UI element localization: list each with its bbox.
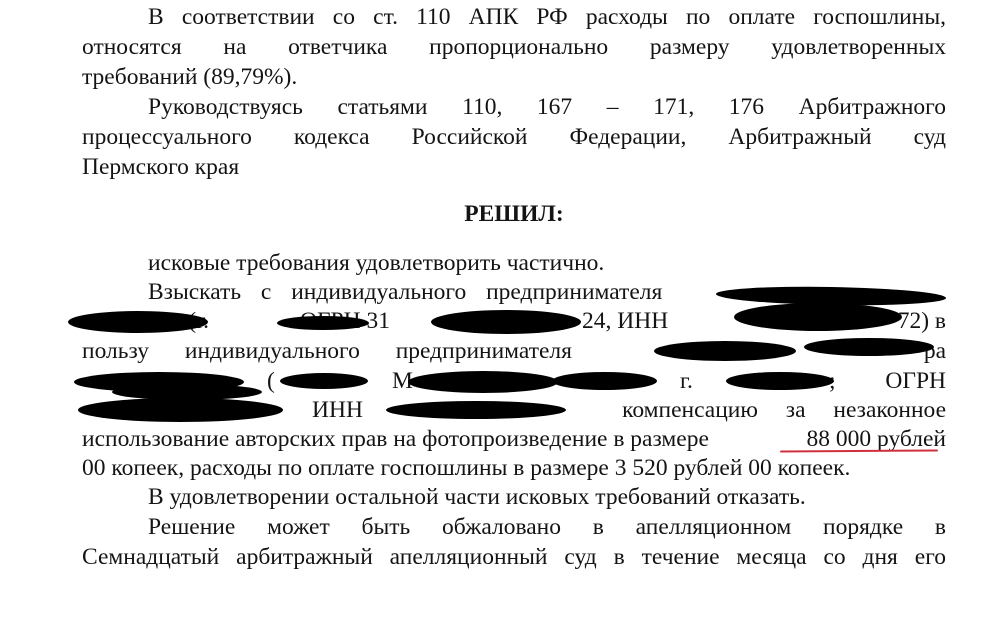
redaction-mark xyxy=(431,310,581,334)
redaction-mark xyxy=(804,338,934,356)
redaction-mark xyxy=(386,401,566,419)
text-line: Пермского края xyxy=(82,152,946,182)
redaction-mark xyxy=(552,372,657,390)
text-line: процессуального кодекса Российской Федер… xyxy=(82,122,946,152)
redaction-mark xyxy=(277,316,369,330)
text-line: Руководствуясь статьями 110, 167 – 171, … xyxy=(82,92,946,122)
text-line: 00 копеек, расходы по оплате госпошлины … xyxy=(82,453,946,483)
text-line: В соответствии со ст. 110 АПК РФ расходы… xyxy=(82,2,946,32)
text-line: Семнадцатый арбитражный апелляционный су… xyxy=(82,542,946,572)
redaction-mark xyxy=(68,311,208,333)
redaction-mark xyxy=(654,341,796,361)
text-line: исковые требования удовлетворить частичн… xyxy=(82,248,946,278)
redaction-mark xyxy=(78,398,283,422)
redaction-mark xyxy=(280,373,368,389)
redaction-mark xyxy=(734,303,902,331)
text-line: относятся на ответчика пропорционально р… xyxy=(82,32,946,62)
text-line: требований (89,79%). xyxy=(82,62,946,92)
redaction-mark xyxy=(408,371,558,393)
text-line: В удовлетворении остальной части исковых… xyxy=(82,482,946,512)
redaction-mark xyxy=(726,372,834,390)
text-line: Решение может быть обжаловано в апелляци… xyxy=(82,512,946,542)
decision-heading: РЕШИЛ: xyxy=(82,199,946,229)
